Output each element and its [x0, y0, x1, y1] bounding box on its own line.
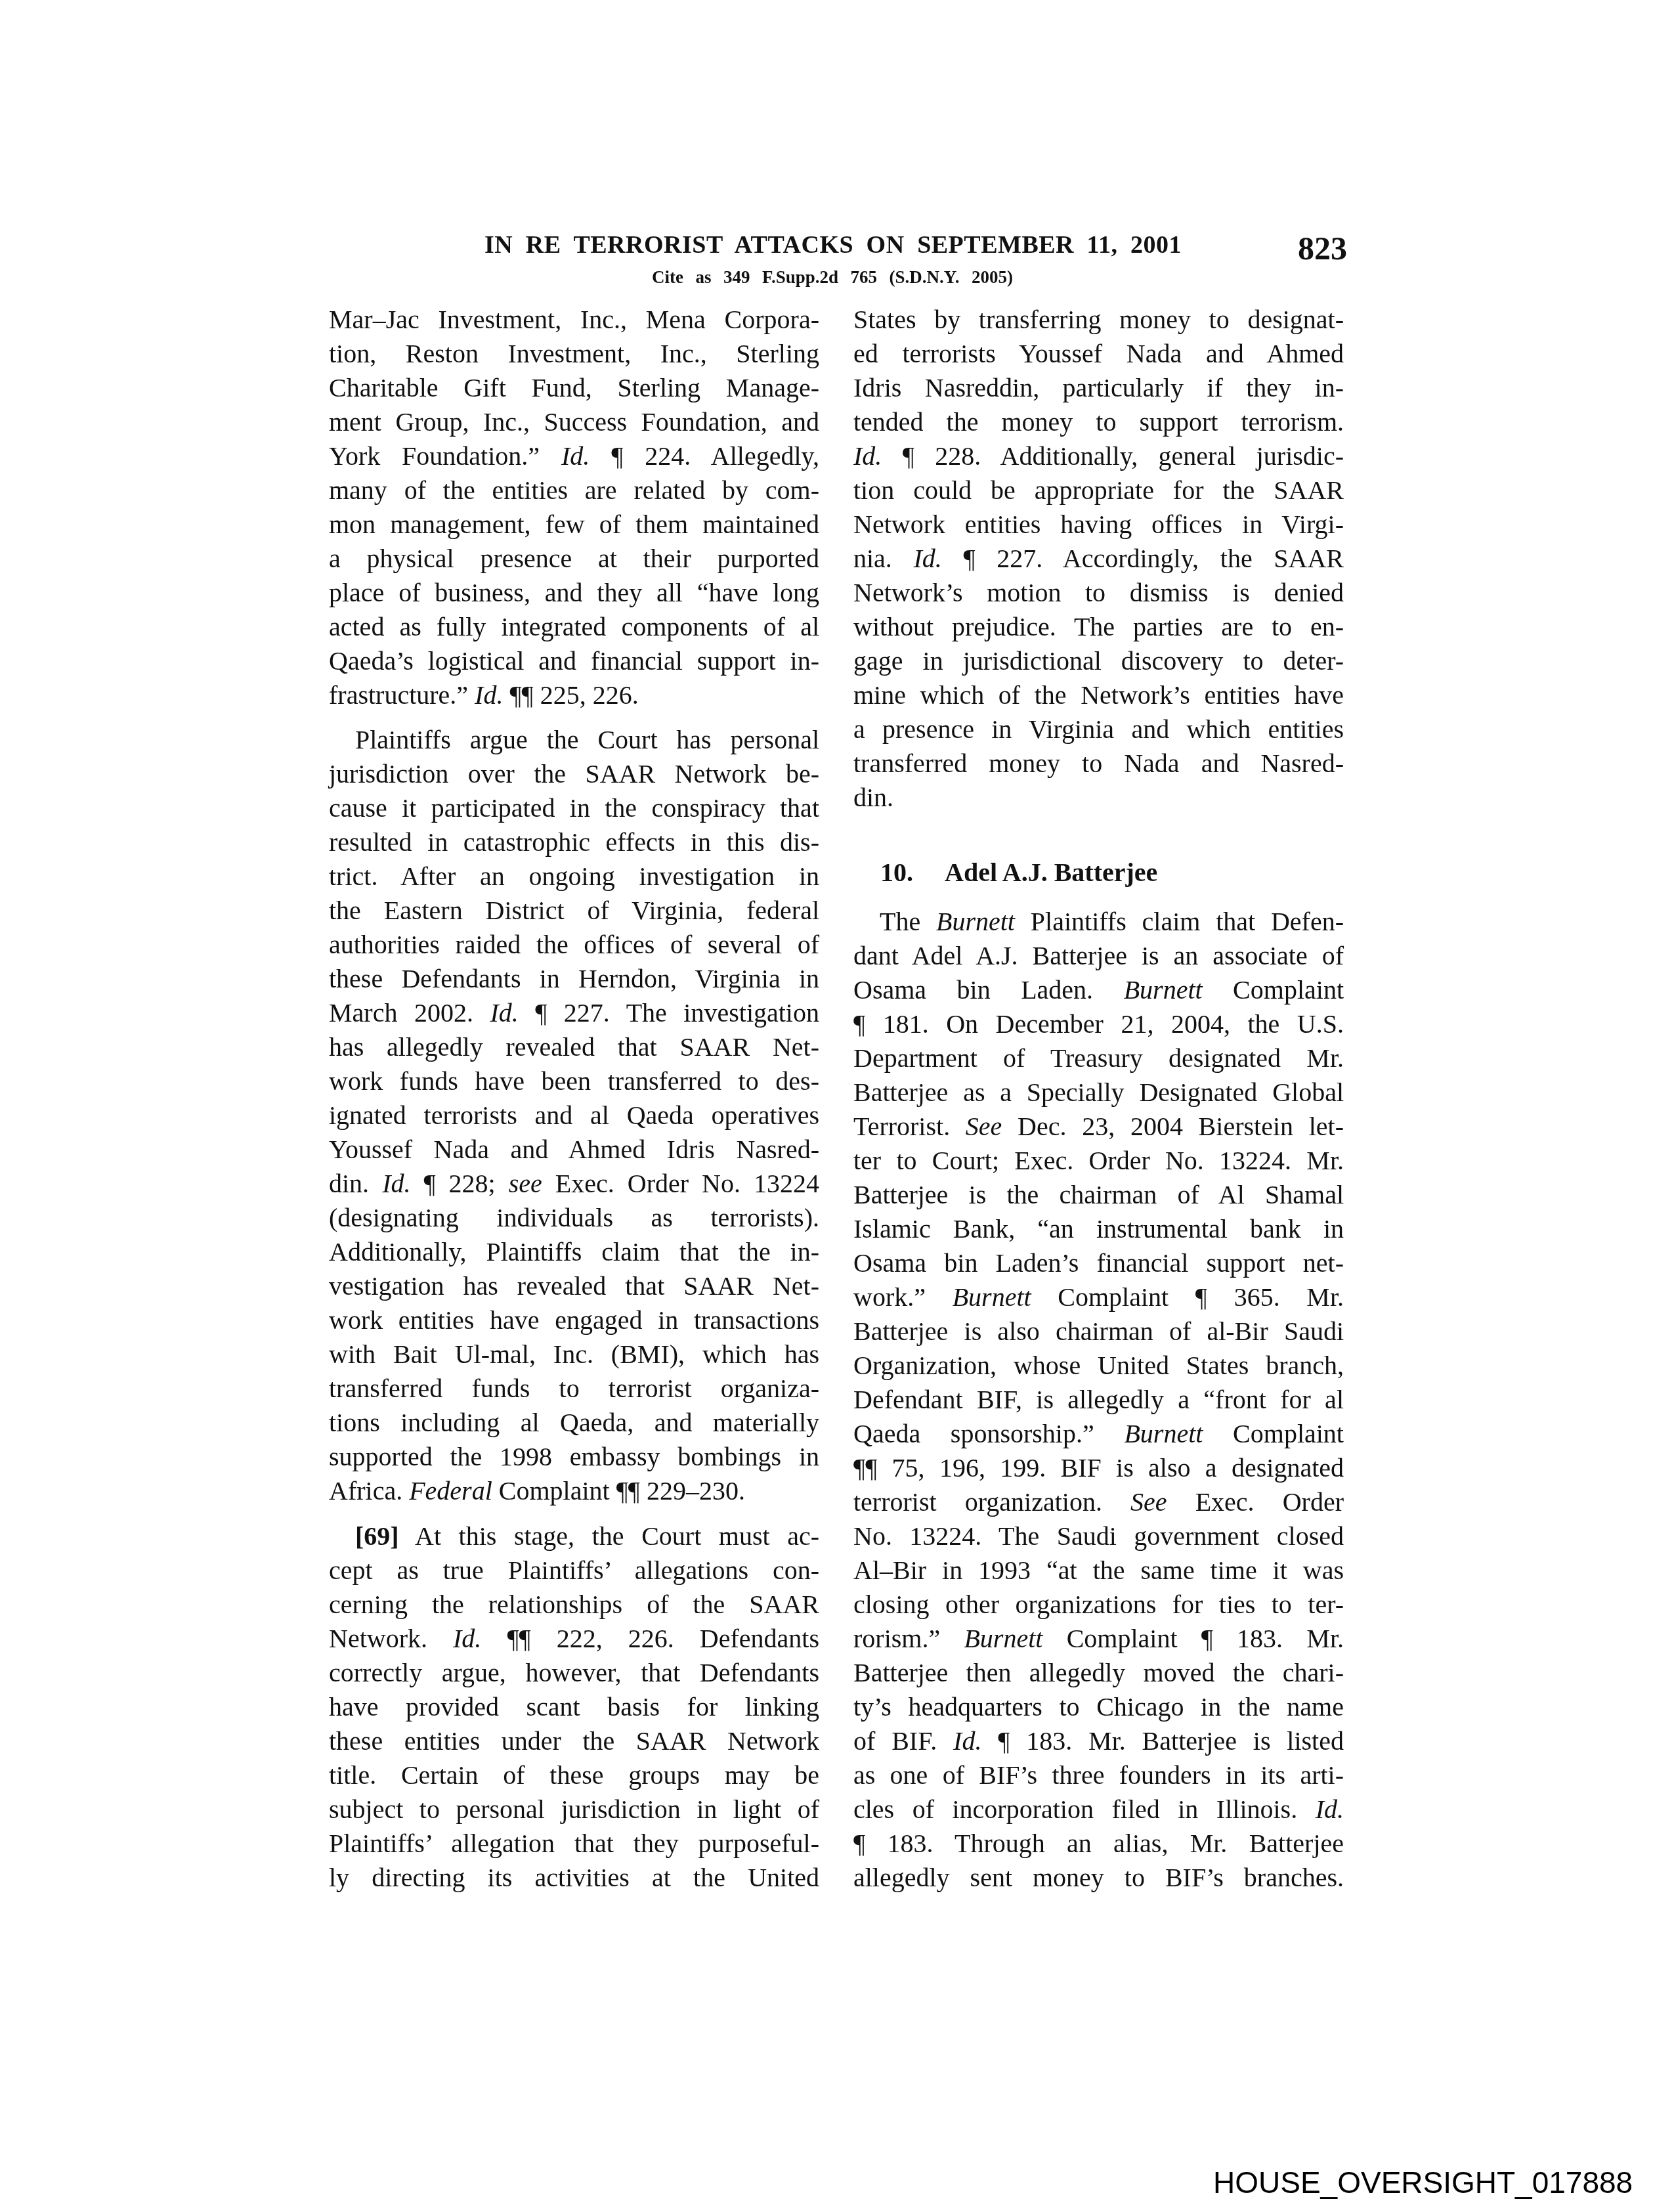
bates-stamp: HOUSE_OVERSIGHT_017888	[1213, 2165, 1650, 2200]
text-line: York Foundation.” Id. ¶ 224. Allegedly,	[329, 439, 819, 473]
text-line: title. Certain of these groups may be	[329, 1758, 819, 1792]
text-line: the Eastern District of Virginia, federa…	[329, 894, 819, 928]
text-line: ignated terrorists and al Qaeda operativ…	[329, 1098, 819, 1133]
text-line: mine which of the Network’s entities hav…	[853, 678, 1344, 712]
text-line: a presence in Virginia and which entitie…	[853, 712, 1344, 747]
text-line: March 2002. Id. ¶ 227. The investigation	[329, 996, 819, 1030]
italic-citation: Id.	[561, 441, 590, 471]
italic-citation: Id.	[490, 998, 518, 1028]
text-line: Department of Treasury designated Mr.	[853, 1041, 1344, 1075]
text-line: gage in jurisdictional discovery to dete…	[853, 644, 1344, 678]
headnote-number: [69]	[355, 1521, 399, 1551]
italic-citation: Burnett	[964, 1624, 1042, 1653]
text-line: ter to Court; Exec. Order No. 13224. Mr.	[853, 1144, 1344, 1178]
italic-citation: see	[509, 1169, 542, 1198]
text-line: without prejudice. The parties are to en…	[853, 610, 1344, 644]
italic-citation: Burnett	[1124, 975, 1203, 1005]
text-line: States by transferring money to designat…	[853, 303, 1344, 337]
text-line: Al–Bir in 1993 “at the same time it was	[853, 1553, 1344, 1588]
text-line: Osama bin Laden. Burnett Complaint	[853, 973, 1344, 1007]
text-line: of BIF. Id. ¶ 183. Mr. Batterjee is list…	[853, 1724, 1344, 1758]
page-number: 823	[1295, 228, 1347, 268]
text-line: cerning the relationships of the SAAR	[329, 1588, 819, 1622]
text-line: authorities raided the offices of severa…	[329, 928, 819, 962]
paragraph: The Burnett Plaintiffs claim that Defen-…	[853, 905, 1344, 1895]
text-line: Islamic Bank, “an instrumental bank in	[853, 1212, 1344, 1246]
text-line: place of business, and they all “have lo…	[329, 576, 819, 610]
text-line: Mar–Jac Investment, Inc., Mena Corpora-	[329, 303, 819, 337]
text-line: Idris Nasreddin, particularly if they in…	[853, 371, 1344, 405]
text-line: tion, Reston Investment, Inc., Sterling	[329, 337, 819, 371]
text-line: a physical presence at their purported	[329, 542, 819, 576]
text-line: Additionally, Plaintiffs claim that the …	[329, 1235, 819, 1269]
text-line: [69] At this stage, the Court must ac-	[329, 1519, 819, 1553]
text-line: din. Id. ¶ 228; see Exec. Order No. 1322…	[329, 1167, 819, 1201]
text-line: Network entities having offices in Virgi…	[853, 508, 1344, 542]
text-line: ¶ 181. On December 21, 2004, the U.S.	[853, 1007, 1344, 1041]
text-line: din.	[853, 781, 1344, 815]
text-line: ment Group, Inc., Success Foundation, an…	[329, 405, 819, 439]
text-line: ty’s headquarters to Chicago in the name	[853, 1690, 1344, 1724]
text-line: cles of incorporation filed in Illinois.…	[853, 1792, 1344, 1827]
text-line: rorism.” Burnett Complaint ¶ 183. Mr.	[853, 1622, 1344, 1656]
text-line: tion could be appropriate for the SAAR	[853, 473, 1344, 508]
text-line: Qaeda sponsorship.” Burnett Complaint	[853, 1417, 1344, 1451]
italic-citation: Federal	[409, 1476, 492, 1506]
text-line: trict. After an ongoing investigation in	[329, 859, 819, 894]
text-line: work.” Burnett Complaint ¶ 365. Mr.	[853, 1280, 1344, 1314]
text-line: Terrorist. See Dec. 23, 2004 Bierstein l…	[853, 1110, 1344, 1144]
section-title: Adel A.J. Batterjee	[945, 857, 1157, 887]
text-line: allegedly sent money to BIF’s branches.	[853, 1861, 1344, 1895]
text-line: have provided scant basis for linking	[329, 1690, 819, 1724]
text-line: many of the entities are related by com-	[329, 473, 819, 508]
text-line: as one of BIF’s three founders in its ar…	[853, 1758, 1344, 1792]
text-line: Batterjee then allegedly moved the chari…	[853, 1656, 1344, 1690]
paragraph: Mar–Jac Investment, Inc., Mena Corpora-t…	[329, 303, 819, 712]
text-line: tions including al Qaeda, and materially	[329, 1406, 819, 1440]
text-line: these entities under the SAAR Network	[329, 1724, 819, 1758]
italic-citation: Id.	[914, 544, 942, 573]
text-line: cept as true Plaintiffs’ allegations con…	[329, 1553, 819, 1588]
text-line: nia. Id. ¶ 227. Accordingly, the SAAR	[853, 542, 1344, 576]
text-line: dant Adel A.J. Batterjee is an associate…	[853, 939, 1344, 973]
italic-citation: Burnett	[953, 1282, 1031, 1312]
italic-citation: Burnett	[936, 907, 1015, 936]
text-line: cause it participated in the conspiracy …	[329, 791, 819, 825]
running-title: IN RE TERRORIST ATTACKS ON SEPTEMBER 11,…	[484, 230, 1182, 260]
text-line: Africa. Federal Complaint ¶¶ 229–230.	[329, 1474, 819, 1508]
text-line: Osama bin Laden’s financial support net-	[853, 1246, 1344, 1280]
text-line: Defendant BIF, is allegedly a “front for…	[853, 1383, 1344, 1417]
text-line: supported the 1998 embassy bombings in	[329, 1440, 819, 1474]
text-line: vestigation has revealed that SAAR Net-	[329, 1269, 819, 1303]
text-line: mon management, few of them maintained	[329, 508, 819, 542]
text-line: ¶¶ 75, 196, 199. BIF is also a designate…	[853, 1451, 1344, 1485]
text-line: transferred funds to terrorist organiza-	[329, 1372, 819, 1406]
italic-citation: Burnett	[1124, 1419, 1203, 1448]
text-line: transferred money to Nada and Nasred-	[853, 747, 1344, 781]
text-line: terrorist organization. See Exec. Order	[853, 1485, 1344, 1519]
text-line: tended the money to support terrorism.	[853, 405, 1344, 439]
text-line: (designating individuals as terrorists).	[329, 1201, 819, 1235]
text-line: Plaintiffs’ allegation that they purpose…	[329, 1827, 819, 1861]
text-line: Qaeda’s logistical and financial support…	[329, 644, 819, 678]
italic-citation: See	[966, 1112, 1002, 1141]
text-line: jurisdiction over the SAAR Network be-	[329, 757, 819, 791]
text-line: these Defendants in Herndon, Virginia in	[329, 962, 819, 996]
text-line: Network. Id. ¶¶ 222, 226. Defendants	[329, 1622, 819, 1656]
text-line: No. 13224. The Saudi government closed	[853, 1519, 1344, 1553]
text-line: Plaintiffs argue the Court has personal	[329, 723, 819, 757]
italic-citation: Id.	[453, 1624, 481, 1653]
section-heading: 10.Adel A.J. Batterjee	[880, 856, 1340, 890]
section-number: 10.	[880, 856, 945, 890]
paragraph: States by transferring money to designat…	[853, 303, 1344, 815]
citation-line: Cite as 349 F.Supp.2d 765 (S.D.N.Y. 2005…	[652, 266, 1013, 288]
paragraph: [69] At this stage, the Court must ac-ce…	[329, 1519, 819, 1895]
text-line: Batterjee is also chairman of al-Bir Sau…	[853, 1314, 1344, 1349]
text-line: Youssef Nada and Ahmed Idris Nasred-	[329, 1133, 819, 1167]
italic-citation: Id.	[475, 680, 503, 710]
text-line: Charitable Gift Fund, Sterling Manage-	[329, 371, 819, 405]
italic-citation: See	[1130, 1487, 1167, 1517]
text-line: Organization, whose United States branch…	[853, 1349, 1344, 1383]
text-line: has allegedly revealed that SAAR Net-	[329, 1030, 819, 1064]
italic-citation: Id.	[953, 1726, 981, 1756]
paragraph: Plaintiffs argue the Court has personalj…	[329, 723, 819, 1508]
text-line: ¶ 183. Through an alias, Mr. Batterjee	[853, 1827, 1344, 1861]
text-line: work funds have been transferred to des-	[329, 1064, 819, 1098]
text-line: correctly argue, however, that Defendant…	[329, 1656, 819, 1690]
text-line: Id. ¶ 228. Additionally, general jurisdi…	[853, 439, 1344, 473]
text-line: The Burnett Plaintiffs claim that Defen-	[853, 905, 1344, 939]
italic-citation: Id.	[1316, 1794, 1344, 1824]
italic-citation: Id.	[382, 1169, 410, 1198]
text-line: subject to personal jurisdiction in ligh…	[329, 1792, 819, 1827]
text-line: work entities have engaged in transactio…	[329, 1303, 819, 1337]
text-line: Batterjee is the chairman of Al Shamal	[853, 1178, 1344, 1212]
text-line: frastructure.” Id. ¶¶ 225, 226.	[329, 678, 819, 712]
text-line: closing other organizations for ties to …	[853, 1588, 1344, 1622]
italic-citation: Id.	[853, 441, 882, 471]
text-line: resulted in catastrophic effects in this…	[329, 825, 819, 859]
text-line: ed terrorists Youssef Nada and Ahmed	[853, 337, 1344, 371]
text-line: acted as fully integrated components of …	[329, 610, 819, 644]
text-line: Network’s motion to dismiss is denied	[853, 576, 1344, 610]
text-line: with Bait Ul-mal, Inc. (BMI), which has	[329, 1337, 819, 1372]
text-line: ly directing its activities at the Unite…	[329, 1861, 819, 1895]
text-line: Batterjee as a Specially Designated Glob…	[853, 1075, 1344, 1110]
